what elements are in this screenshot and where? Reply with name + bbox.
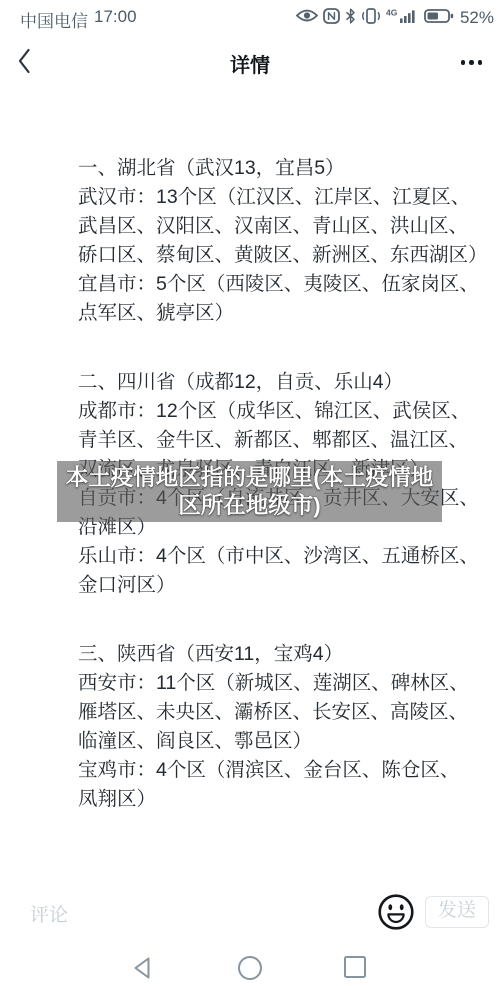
article-line: 三、陕西省（西安11，宝鸡4）	[78, 640, 488, 669]
nfc-icon	[323, 8, 340, 29]
comment-input[interactable]: 评论	[20, 893, 365, 931]
ellipsis-dot	[469, 60, 474, 65]
article-line: 临潼区、阎良区、鄠邑区）	[78, 727, 488, 756]
send-button[interactable]: 发送	[425, 896, 489, 928]
watermark-line: 区所在地级市)	[178, 492, 321, 520]
battery-icon	[424, 8, 454, 29]
eye-icon	[296, 8, 318, 28]
signal-icon: 4G	[386, 7, 419, 29]
article-line: 凤翔区）	[78, 785, 488, 814]
battery-fill	[427, 12, 438, 19]
comment-placeholder: 评论	[30, 900, 68, 927]
square-recents-icon	[342, 967, 368, 984]
article-section: 一、湖北省（武汉13，宜昌5）武汉市：13个区（江汉区、江岸区、江夏区、武昌区、…	[78, 154, 488, 328]
android-home-button[interactable]	[237, 955, 263, 981]
article-line: 雁塔区、未央区、灞桥区、长安区、高陵区、	[78, 698, 488, 727]
watermark-overlay: 本土疫情地区指的是哪里(本土疫情地 区所在地级市)	[57, 461, 442, 522]
ellipsis-dot	[478, 60, 483, 65]
article-section: 三、陕西省（西安11，宝鸡4）西安市：11个区（新城区、莲湖区、碑林区、雁塔区、…	[78, 640, 488, 814]
article-line: 青羊区、金牛区、新都区、郫都区、温江区、	[78, 426, 488, 455]
smiley-face-icon	[376, 919, 416, 936]
article-line: 乐山市：4个区（市中区、沙湾区、五通桥区、	[78, 542, 488, 571]
article-line: 武汉市：13个区（江汉区、江岸区、江夏区、	[78, 183, 488, 212]
status-bar: 中国电信 17:00 4G	[0, 0, 500, 36]
ellipsis-dot	[461, 60, 466, 65]
bluetooth-icon	[345, 8, 356, 29]
article-line: 硚口区、蔡甸区、黄陂区、新洲区、东西湖区）	[78, 241, 488, 270]
battery-percent: 52%	[460, 8, 494, 28]
article-line: 宜昌市：5个区（西陵区、夷陵区、伍家岗区、	[78, 270, 488, 299]
triangle-back-icon	[131, 968, 157, 985]
circle-home-icon	[237, 968, 263, 985]
android-back-button[interactable]	[131, 955, 157, 981]
article-line: 金口河区）	[78, 571, 488, 600]
page-title: 详情	[0, 49, 500, 78]
article-line: 二、四川省（成都12，自贡、乐山4）	[78, 368, 488, 397]
android-recents-button[interactable]	[342, 954, 368, 980]
nav-bar: 详情	[0, 36, 500, 90]
carrier-label: 中国电信	[20, 7, 88, 32]
more-button[interactable]	[461, 60, 483, 65]
article-line: 宝鸡市：4个区（渭滨区、金台区、陈仓区、	[78, 756, 488, 785]
watermark-line: 本土疫情地区指的是哪里(本土疫情地	[66, 464, 434, 492]
status-icons: 4G 52%	[296, 5, 494, 31]
carrier-time: 中国电信 17:00	[20, 7, 137, 32]
article-line: 西安市：11个区（新城区、莲湖区、碑林区、	[78, 669, 488, 698]
article-line: 点军区、猇亭区）	[78, 299, 488, 328]
vibrate-icon	[361, 8, 381, 29]
article-line: 武昌区、汉阳区、汉南区、青山区、洪山区、	[78, 212, 488, 241]
article-line: 一、湖北省（武汉13，宜昌5）	[78, 154, 488, 183]
network-type-label: 4G	[386, 8, 398, 18]
article-line: 成都市：12个区（成华区、锦江区、武侯区、	[78, 397, 488, 426]
emoji-button[interactable]	[376, 892, 416, 932]
status-time: 17:00	[94, 7, 137, 32]
